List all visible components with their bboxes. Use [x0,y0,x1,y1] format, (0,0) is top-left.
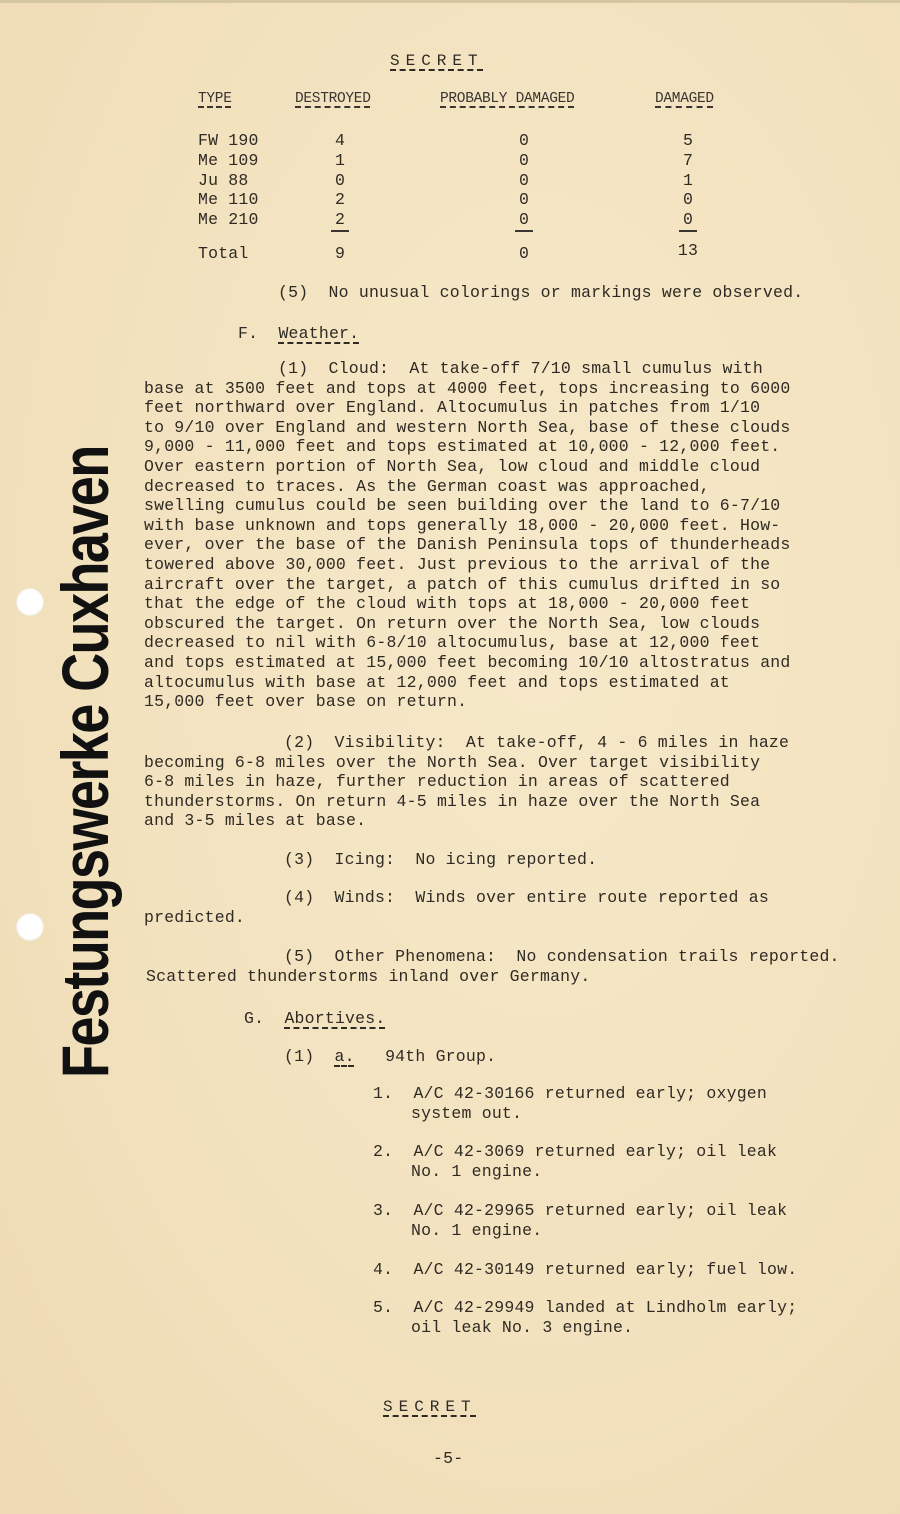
table-cell-type: FW 190 [198,131,259,151]
section-f-heading: F. Weather. [238,324,359,344]
text-line: A/C 42-30166 returned early; oxygen [413,1084,767,1103]
paragraph-first-line: (2) Visibility: At take-off, 4 - 6 miles… [144,733,804,753]
table-header-type: TYPE [198,91,232,107]
text-line: No. 1 engine. [373,1162,777,1182]
table-cell-damaged: 0 [673,190,703,210]
text-line: base at 3500 feet and tops at 4000 feet,… [144,379,804,399]
weather-winds-paragraph: (4) Winds: Winds over entire route repor… [144,888,804,927]
section-letter: F. [238,324,258,343]
text-line: No condensation trails reported. [516,947,839,966]
table-header-destroyed: DESTROYED [295,91,371,107]
item-number: (1) [284,1047,314,1066]
text-line: system out. [373,1104,767,1124]
text-line: At take-off 7/10 small cumulus with [409,359,763,378]
abortive-item: 4. A/C 42-30149 returned early; fuel low… [373,1260,797,1280]
weather-cloud-paragraph: (1) Cloud: At take-off 7/10 small cumulu… [144,359,804,712]
classification-footer: SECRET [383,1398,477,1418]
group-name: 94th Group. [385,1047,496,1066]
text-line: decreased to nil with 6-8/10 altocumulus… [144,633,804,653]
item-number: (2) [284,733,314,752]
text-line: that the edge of the cloud with tops at … [144,594,804,614]
text-line: towered above 30,000 feet. Just previous… [144,555,804,575]
text-line: and 3-5 miles at base. [144,811,804,831]
text-line: Over eastern portion of North Sea, low c… [144,457,804,477]
classification-header: SECRET [390,52,484,72]
item-number: 3. [373,1201,393,1220]
text-line: predicted. [144,908,804,928]
text-line: A/C 42-3069 returned early; oil leak [413,1142,777,1161]
paragraph-first-line: (5) Other Phenomena: No condensation tra… [146,947,806,967]
paragraph-first-line: (1) Cloud: At take-off 7/10 small cumulu… [144,359,804,379]
table-cell-damaged: 5 [673,131,703,151]
text-line: and tops estimated at 15,000 feet becomi… [144,653,804,673]
paragraph-first-line: (4) Winds: Winds over entire route repor… [144,888,804,908]
text-line: A/C 42-29965 returned early; oil leak [413,1201,787,1220]
text-line: swelling cumulus could be seen building … [144,496,804,516]
table-cell-destroyed: 1 [325,151,355,171]
weather-other-paragraph: (5) Other Phenomena: No condensation tra… [146,947,806,986]
table-cell-destroyed: 4 [325,131,355,151]
table-total-label: Total [198,244,249,264]
abortive-item: 2. A/C 42-3069 returned early; oil leak … [373,1142,777,1181]
text-line: 9,000 - 11,000 feet and tops estimated a… [144,437,804,457]
text-line: A/C 42-29949 landed at Lindholm early; [413,1298,797,1317]
item-number: (3) [284,850,314,869]
text-line: to 9/10 over England and western North S… [144,418,804,438]
text-line: oil leak No. 3 engine. [373,1318,797,1338]
table-cell-probably-damaged: 0 [509,190,539,210]
text-line: becoming 6-8 miles over the North Sea. O… [144,753,804,773]
table-cell-probably-damaged: 0 [509,171,539,191]
section-title: Abortives. [284,1009,385,1028]
item-number: 1. [373,1084,393,1103]
item-number: (5) [284,947,314,966]
table-cell-probably-damaged: 0 [509,131,539,151]
table-cell-type: Ju 88 [198,171,249,191]
table-header-probably-damaged: PROBABLY DAMAGED [440,91,574,107]
table-cell-type: Me 110 [198,190,259,210]
item-e5: (5) No unusual colorings or markings wer… [278,283,803,303]
text-line: A/C 42-30149 returned early; fuel low. [413,1260,797,1279]
text-line: 15,000 feet over base on return. [144,692,804,712]
item-number: 4. [373,1260,393,1279]
table-cell-destroyed: 2 [325,190,355,210]
table-total-probably-damaged: 0 [509,244,539,264]
text-line: feet northward over England. Altocumulus… [144,398,804,418]
abortive-item: 1. A/C 42-30166 returned early; oxygen s… [373,1084,767,1123]
item-number: 2. [373,1142,393,1161]
text-line: altocumulus with base at 12,000 feet and… [144,673,804,693]
table-cell-destroyed: 0 [325,171,355,191]
underlined-value: 2 [331,210,349,232]
table-header-damaged: DAMAGED [655,91,714,107]
item-text: No icing reported. [415,850,597,869]
section-g-heading: G. Abortives. [244,1009,385,1029]
table-cell-destroyed: 2 [325,210,355,232]
table-cell-type: Me 109 [198,151,259,171]
item-label: Visibility: [335,733,446,752]
abortive-item: 3. A/C 42-29965 returned early; oil leak… [373,1201,787,1240]
table-cell-damaged: 7 [673,151,703,171]
text-line: aircraft over the target, a patch of thi… [144,575,804,595]
section-title: Weather. [278,324,359,343]
text-line: 6-8 miles in haze, further reduction in … [144,772,804,792]
page-top-edge [0,0,900,3]
item-text: No unusual colorings or markings were ob… [329,283,804,302]
table-cell-probably-damaged: 0 [509,210,539,232]
underlined-value: 0 [679,210,697,232]
page-number: -5- [433,1449,463,1469]
text-line: thunderstorms. On return 4-5 miles in ha… [144,792,804,812]
table-total-destroyed: 9 [325,244,355,264]
table-cell-damaged: 0 [673,210,703,232]
item-label: Icing: [335,850,396,869]
section-letter: G. [244,1009,264,1028]
text-line: obscured the target. On return over the … [144,614,804,634]
item-number: (1) [278,359,308,378]
side-label-location: Festungswerke Cuxhaven [52,446,118,1078]
item-number: 5. [373,1298,393,1317]
weather-icing: (3) Icing: No icing reported. [284,850,597,870]
text-line: No. 1 engine. [373,1221,787,1241]
text-line: Winds over entire route reported as [415,888,769,907]
text-line: decreased to traces. As the German coast… [144,477,804,497]
table-cell-probably-damaged: 0 [509,151,539,171]
item-number: (5) [278,283,308,302]
punch-hole-bottom [16,913,44,941]
text-line: with base unknown and tops generally 18,… [144,516,804,536]
weather-visibility-paragraph: (2) Visibility: At take-off, 4 - 6 miles… [144,733,804,831]
table-total-damaged: 13 [673,241,703,261]
item-label: Other Phenomena: [335,947,497,966]
table-cell-type: Me 210 [198,210,259,230]
item-label: Winds: [335,888,396,907]
table-cell-damaged: 1 [673,171,703,191]
text-line: Scattered thunderstorms inland over Germ… [146,967,806,987]
underlined-value: 0 [515,210,533,232]
item-label: Cloud: [329,359,390,378]
item-number: (4) [284,888,314,907]
text-line: ever, over the base of the Danish Penins… [144,535,804,555]
abortives-subheading: (1) a. 94th Group. [284,1047,496,1067]
item-letter: a. [335,1047,355,1066]
text-line: At take-off, 4 - 6 miles in haze [466,733,789,752]
abortive-item: 5. A/C 42-29949 landed at Lindholm early… [373,1298,797,1337]
punch-hole-top [16,588,44,616]
